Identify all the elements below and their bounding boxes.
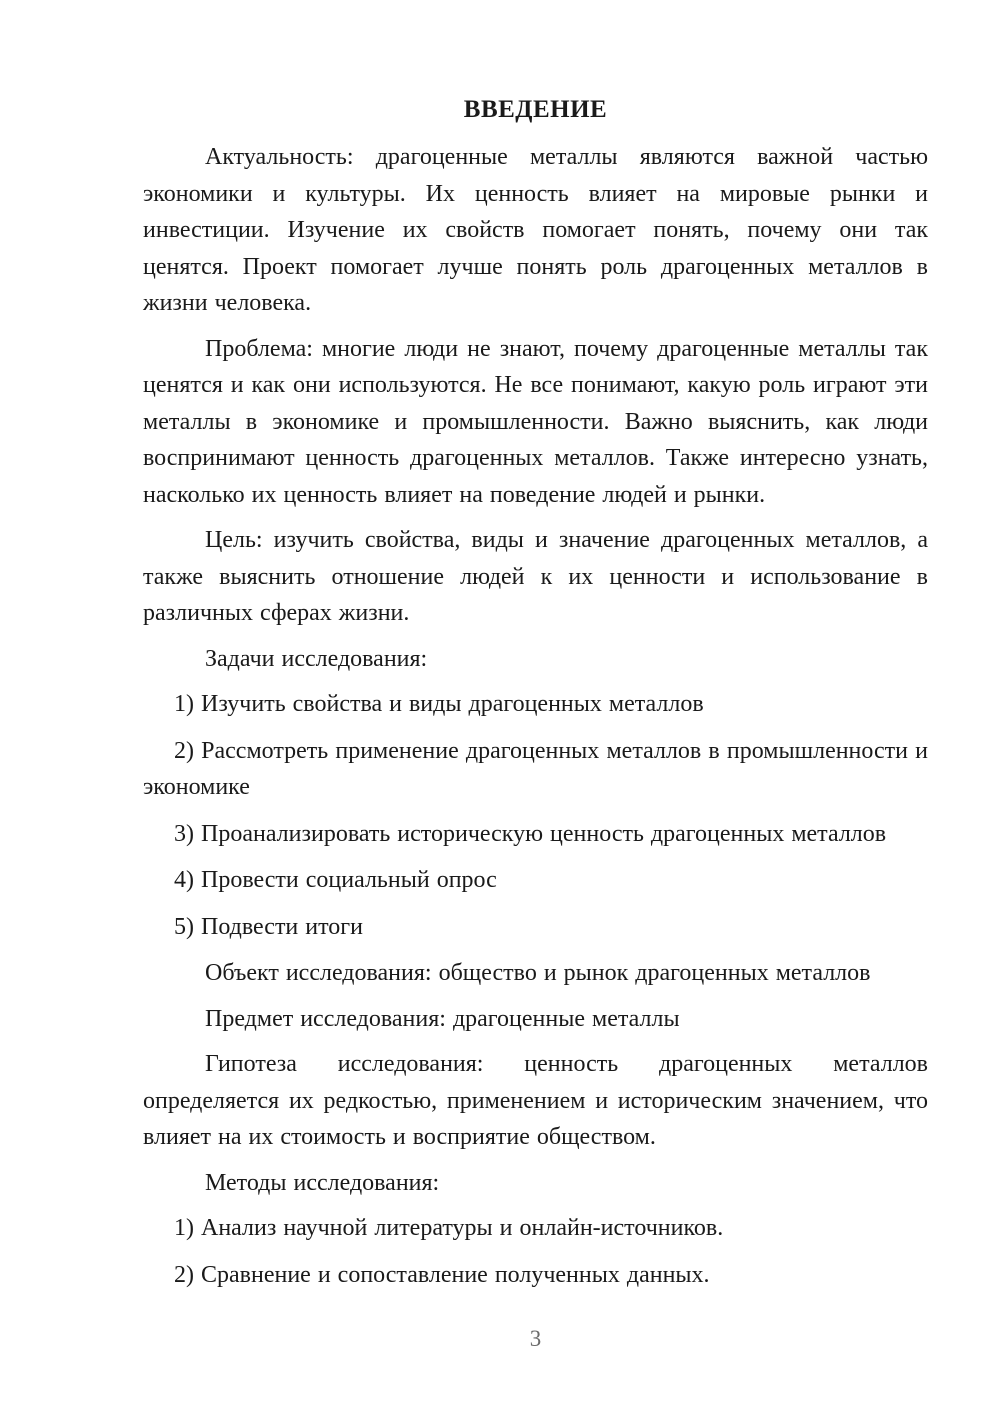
tasks-heading: Задачи исследования: xyxy=(143,641,928,678)
paragraph-object: Объект исследования: общество и рынок др… xyxy=(143,955,928,992)
method-item-1: 1) Анализ научной литературы и онлайн-ис… xyxy=(143,1210,928,1247)
paragraph-subject: Предмет исследования: драгоценные металл… xyxy=(143,1001,928,1038)
methods-heading: Методы исследования: xyxy=(143,1165,928,1202)
task-item-1: 1) Изучить свойства и виды драгоценных м… xyxy=(143,686,928,723)
task-item-3: 3) Проанализировать историческую ценност… xyxy=(143,816,928,853)
paragraph-actuality: Актуальность: драгоценные металлы являют… xyxy=(143,139,928,322)
task-item-2: 2) Рассмотреть применение драгоценных ме… xyxy=(143,733,928,806)
page-number: 3 xyxy=(143,1326,928,1352)
method-item-2: 2) Сравнение и сопоставление полученных … xyxy=(143,1257,928,1294)
section-title: ВВЕДЕНИЕ xyxy=(143,94,928,125)
paragraph-goal: Цель: изучить свойства, виды и значение … xyxy=(143,522,928,632)
paragraph-problem: Проблема: многие люди не знают, почему д… xyxy=(143,331,928,514)
document-page: ВВЕДЕНИЕ Актуальность: драгоценные метал… xyxy=(0,0,1000,1414)
task-item-4: 4) Провести социальный опрос xyxy=(143,862,928,899)
paragraph-hypothesis: Гипотеза исследования: ценность драгоцен… xyxy=(143,1046,928,1156)
task-item-5: 5) Подвести итоги xyxy=(143,909,928,946)
